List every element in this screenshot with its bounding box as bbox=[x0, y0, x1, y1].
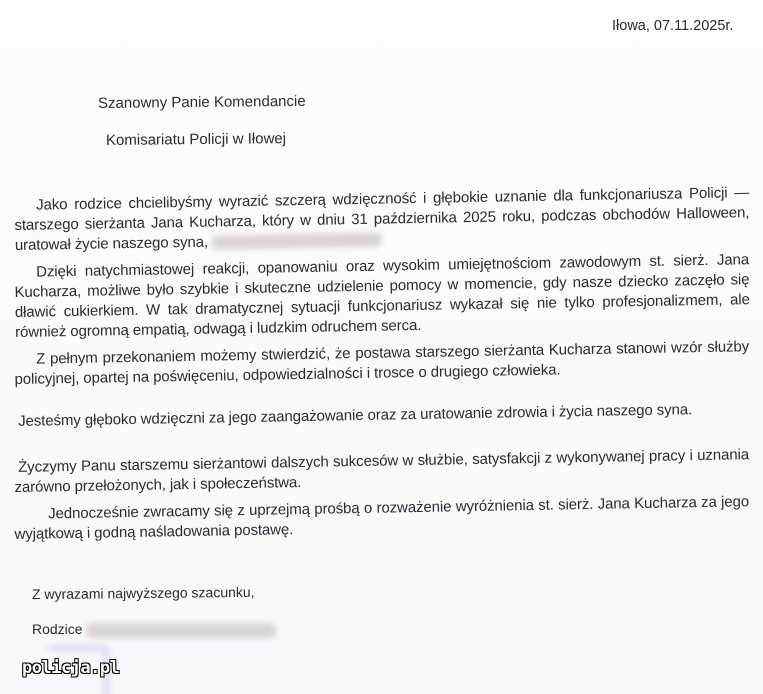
redacted-signature-name bbox=[86, 623, 276, 638]
letter-page: Iłowa, 07.11.2025r. Szanowny Panie Komen… bbox=[0, 0, 763, 694]
addressee-line-2: Komisariatu Policji w Iłowej bbox=[106, 130, 286, 149]
paragraph-4: Jesteśmy głęboko wdzięczni za jego zaang… bbox=[14, 399, 749, 446]
signed-by-label: Rodzice bbox=[32, 621, 83, 637]
paragraph-4-text: Jesteśmy głęboko wdzięczni za jego zaang… bbox=[14, 399, 749, 432]
redacted-name bbox=[212, 233, 382, 250]
addressee-line-1: Szanowny Panie Komendancie bbox=[98, 93, 306, 112]
watermark-logo: policja.pl bbox=[22, 658, 119, 678]
closing-line: Z wyrazami najwyższego szacunku, bbox=[32, 584, 255, 602]
signature-line: Rodzice bbox=[32, 621, 276, 638]
paragraph-6: Jednocześnie zwracamy się z uprzejmą pro… bbox=[14, 492, 750, 559]
paragraph-2-text: Dzięki natychmiastowej reakcji, opanowan… bbox=[14, 250, 750, 343]
place-date: Iłowa, 07.11.2025r. bbox=[612, 18, 733, 34]
paragraph-3: Z pełnym przekonaniem możemy stwierdzić,… bbox=[14, 337, 750, 404]
paragraph-1-text: Jako rodzice chcielibyśmy wyrazić szczer… bbox=[14, 184, 749, 254]
paragraph-5-text: Życzymy Panu starszemu sierżantowi dalsz… bbox=[14, 445, 750, 498]
